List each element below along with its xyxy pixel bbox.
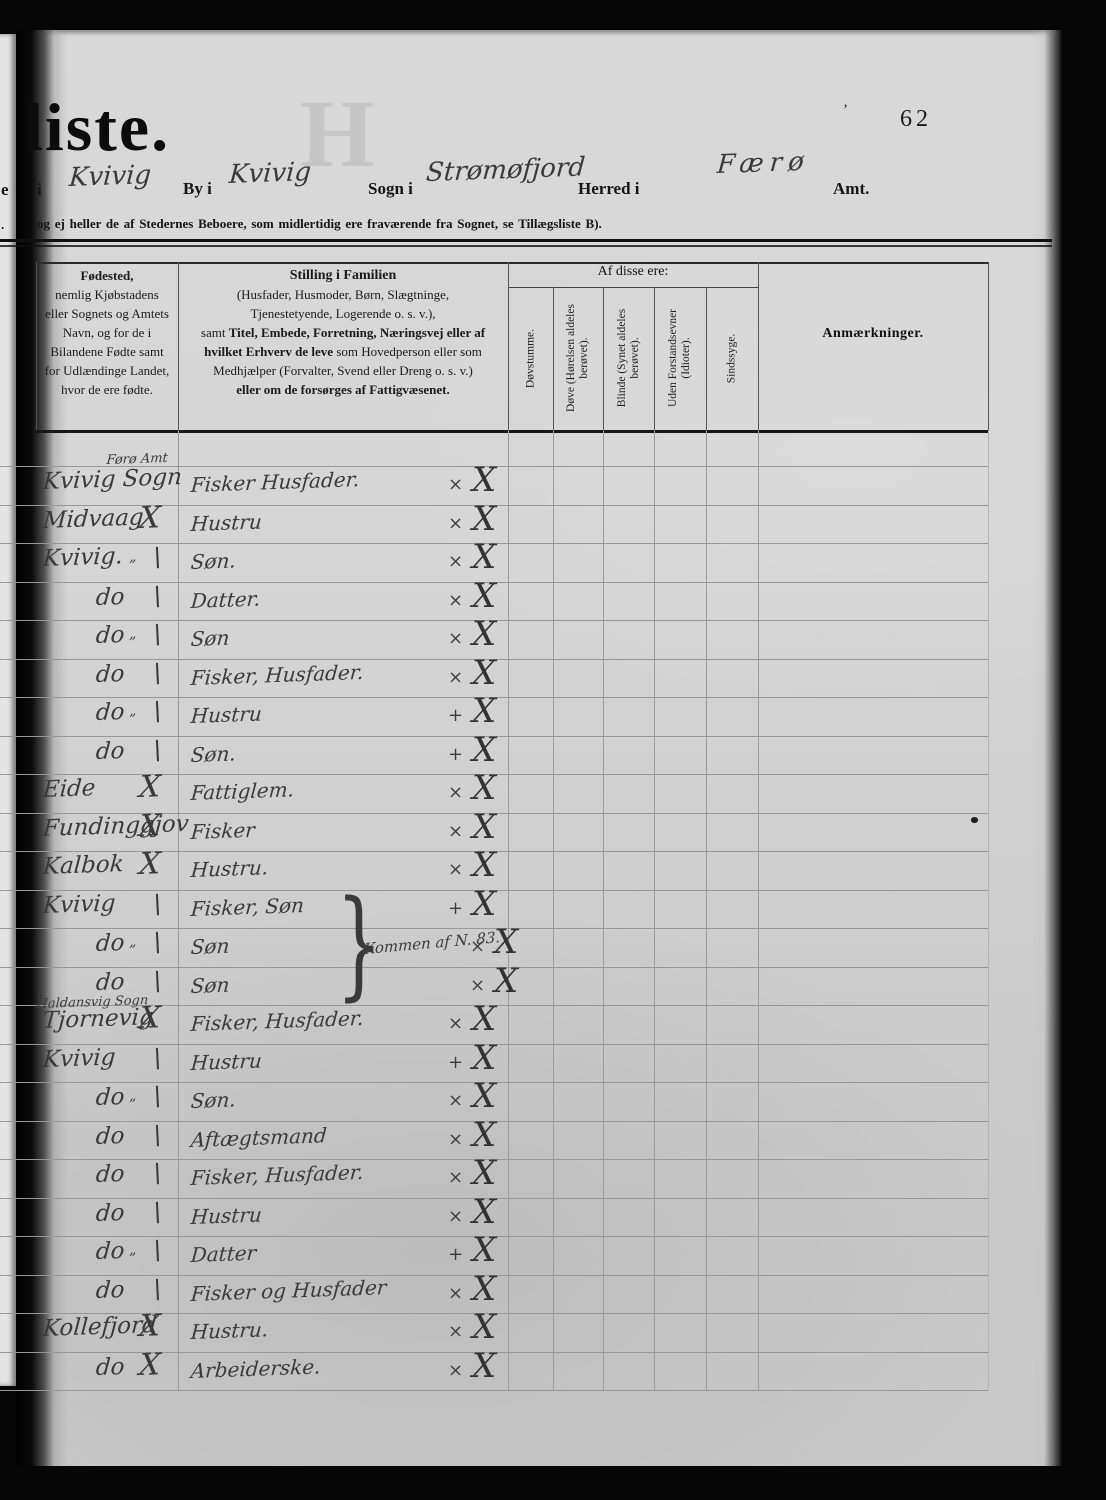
birthplace-column-header: Fødested, nemlig Kjøbstadenseller Sognet… [36, 266, 178, 399]
tally-mark-large: X [472, 619, 496, 649]
slash-separator: \ [152, 1082, 163, 1112]
ditto-mark: ” [128, 943, 136, 959]
slash-separator: \ [152, 620, 163, 650]
position-entry: Fisker [190, 817, 256, 843]
position-header-line: (Husfader, Husmoder, Børn, Slægtninge, [178, 285, 508, 304]
tally-mark-small: + [448, 744, 463, 765]
handwritten-village: Kvivig [68, 160, 152, 193]
crossmark-after-place: X [138, 500, 162, 536]
position-header-line: Tjenestetyende, Logerende o. s. v.), [178, 304, 508, 323]
status-label-line: berøvet). [578, 290, 591, 426]
position-header-line: samt Titel, Embede, Forretning, Næringsv… [178, 323, 508, 342]
label-herred-i: Herred i [578, 179, 640, 199]
scan-stage: liste. H 62 ’ e i Kvivig By i Kvivig Sog… [0, 0, 1106, 1500]
birthplace-header-line: nemlig Kjøbstadens [36, 285, 178, 304]
table-row: KollefjordXHustru.×X [0, 1313, 1000, 1352]
slash-separator: \ [152, 658, 163, 688]
label-by-i: By i [183, 179, 212, 199]
position-entry: Søn [190, 626, 230, 651]
tally-mark-large: X [472, 465, 496, 495]
tally-mark-large: X [472, 1235, 496, 1265]
header-column-line [706, 287, 707, 430]
tally-mark-large: X [472, 504, 496, 534]
position-entry: Datter [190, 1241, 257, 1267]
birthplace-entry: Fundinggjov [42, 810, 190, 841]
birthplace-header-lines: nemlig Kjøbstadenseller Sognets og Amtet… [36, 285, 178, 399]
tally-mark-small: × [448, 667, 463, 688]
table-row: EideXFattiglem.×X [0, 774, 1000, 813]
header-column-line [988, 262, 989, 430]
birthplace-entry: do [95, 1353, 125, 1380]
stray-tick-mark: ’ [843, 102, 848, 119]
status-column-label: Døve (Hørelsen aldelesberøvet). [565, 290, 591, 426]
status-column-label: Uden Forstandsevner(Idioter). [667, 290, 693, 426]
position-entry: Aftægtsmand [190, 1123, 328, 1152]
tally-mark-large: X [472, 696, 496, 726]
status-label-line: Døve (Hørelsen aldeles [565, 290, 578, 426]
tally-mark-small: × [448, 474, 463, 495]
tally-mark-large: X [472, 1274, 496, 1304]
birthplace-entry: do [95, 583, 125, 610]
crossmark-after-place: X [138, 808, 162, 844]
tally-mark-small: × [448, 782, 463, 803]
handwritten-parish: Kvivig [228, 157, 312, 190]
table-row: TjornevigHaldansvig SognXFisker, Husfade… [0, 1005, 1000, 1044]
header-column-line [508, 262, 509, 430]
header-column-line [36, 262, 37, 430]
tally-mark-small: × [448, 1283, 463, 1304]
tally-mark-large: X [472, 658, 496, 688]
birthplace-entry: do [95, 1122, 125, 1149]
status-column-label: Blinde (Synet aldelesberøvet). [616, 290, 642, 426]
position-entry: Fisker, Husfader. [190, 1160, 364, 1190]
tally-mark-large: X [472, 812, 496, 842]
tally-mark-small: + [448, 1244, 463, 1265]
tally-mark-small: × [448, 1321, 463, 1342]
tally-mark-small: + [448, 1052, 463, 1073]
crossmark-after-place: X [138, 1000, 162, 1036]
tally-mark-small: × [448, 1206, 463, 1227]
position-column-header: Stilling i Familien (Husfader, Husmoder,… [178, 266, 508, 399]
position-header-segment: (Husfader, Husmoder, Børn, Slægtninge, [237, 287, 449, 302]
position-entry: Fisker Husfader. [190, 467, 360, 497]
label-amt: Amt. [833, 179, 869, 199]
birthplace-header-line: for Udlændinge Landet, [36, 361, 178, 380]
position-header-line: Medhjælper (Forvalter, Svend eller Dreng… [178, 361, 508, 380]
position-header-segment: samt [201, 325, 229, 340]
crossmark-after-place: X [138, 1347, 162, 1383]
double-rule-bottom [0, 245, 1052, 247]
position-entry: Hustru. [190, 855, 269, 882]
tally-mark-small: × [448, 821, 463, 842]
tally-mark-small: + [448, 898, 463, 919]
position-header-segment: Medhjælper (Forvalter, Svend eller Dreng… [213, 363, 473, 378]
header-fragment-e: e [1, 180, 9, 200]
tally-mark-large: X [472, 1004, 496, 1034]
table-row: do\”Hustru+X [0, 697, 1000, 736]
tally-mark-small: + [448, 705, 463, 726]
position-header-line: hvilket Erhverv de leve som Hovedperson … [178, 342, 508, 361]
slash-separator: \ [152, 1236, 163, 1266]
tally-mark-large: X [472, 1197, 496, 1227]
birthplace-entry: do [95, 737, 125, 764]
form-title-fragment: liste. [24, 88, 170, 167]
tally-mark-large: X [472, 1043, 496, 1073]
tally-mark-large: X [472, 735, 496, 765]
birthplace-entry: Kalbok [42, 851, 125, 880]
position-entry: Søn. [190, 548, 237, 574]
slash-separator: \ [152, 1043, 163, 1073]
birthplace-entry: Kvivig Sogn [42, 464, 183, 495]
status-label-line: Døvstumme. [524, 290, 537, 426]
tally-mark-large: X [472, 889, 496, 919]
birthplace-entry: do [95, 1199, 125, 1226]
birthplace-entry: do [95, 622, 125, 649]
birthplace-header-line: eller Sognets og Amtets [36, 304, 178, 323]
tally-mark-small: × [448, 628, 463, 649]
header-column-line [178, 262, 179, 430]
instruction-note: og ej heller de af Stedernes Beboere, so… [37, 216, 602, 232]
tally-mark-large: X [472, 850, 496, 880]
position-header-line: eller om de forsørges af Fattigvæsenet. [178, 380, 508, 399]
position-entry: Søn. [190, 1087, 237, 1113]
birthplace-entry: Eide [42, 775, 96, 803]
tally-mark-small: × [448, 513, 463, 534]
position-entry: Hustru [190, 509, 263, 536]
tally-mark-large: X [472, 1312, 496, 1342]
slash-separator: \ [152, 889, 163, 919]
ditto-mark: ” [128, 1251, 136, 1267]
birthplace-header-line: hvor de ere fødte. [36, 380, 178, 399]
crossmark-after-place: X [138, 846, 162, 882]
slash-separator: \ [152, 1120, 163, 1150]
table-row: MidvaagXHustru×X [0, 505, 1000, 544]
slash-separator: \ [152, 1274, 163, 1304]
handwritten-herred: Strømøfjord [425, 152, 586, 188]
bleedthrough-watermark: H [300, 78, 375, 189]
position-entry: Søn [190, 934, 230, 959]
position-entry: Hustru [190, 701, 263, 728]
tally-mark-large: X [472, 1120, 496, 1150]
position-entry: Fisker og Husfader [190, 1275, 387, 1306]
position-entry: Fisker, Søn [190, 892, 305, 920]
tally-mark-large: X [472, 1081, 496, 1111]
position-entry: Fattiglem. [190, 777, 295, 805]
birthplace-entry: do [95, 930, 125, 957]
position-header-segment: som Hovedperson eller som [333, 344, 482, 359]
tally-mark-small: × [448, 590, 463, 611]
position-header-segment: hvilket Erhverv de leve [204, 344, 333, 359]
status-label-line: (Idioter). [680, 290, 693, 426]
birthplace-entry: do [95, 1238, 125, 1265]
position-entry: Arbeiderske. [190, 1354, 321, 1383]
slash-separator: \ [152, 1197, 163, 1227]
position-entry: Søn [190, 972, 230, 997]
position-entry: Hustru [190, 1048, 263, 1075]
birthplace-entry: do [95, 699, 125, 726]
birthplace-entry: do [95, 1276, 125, 1303]
status-label-line: Sindssyge. [726, 290, 739, 426]
table-row: do\”Søn×X [0, 620, 1000, 659]
tally-mark-large: X [472, 1351, 496, 1381]
table-row: doXArbeiderske.×X [0, 1352, 1000, 1391]
birthplace-header-line: Navn, og for de i [36, 323, 178, 342]
tally-mark-small: × [448, 1129, 463, 1150]
position-header-segment: Titel, Embede, Forretning, Næringsvej el… [229, 325, 485, 340]
ditto-mark: ” [128, 635, 136, 651]
birthplace-entry: Kvivig. [42, 543, 124, 572]
tally-mark-small: × [470, 975, 485, 996]
header-column-line [553, 287, 554, 430]
slash-separator: \ [152, 543, 163, 573]
crossmark-after-place: X [138, 769, 162, 805]
slash-separator: \ [152, 1159, 163, 1189]
birthplace-entry: Kvivig [42, 1044, 116, 1073]
crossmark-after-place: X [138, 1308, 162, 1344]
tally-mark-large: X [472, 773, 496, 803]
status-column-label: Sindssyge. [726, 290, 739, 426]
tally-mark-large: X [472, 1158, 496, 1188]
ditto-mark: ” [128, 1097, 136, 1113]
ditto-mark: ” [128, 712, 136, 728]
table-row: do\Hustru×X [0, 1198, 1000, 1237]
birthplace-header-line: Bilandene Fødte samt [36, 342, 178, 361]
tally-mark-small: × [448, 551, 463, 572]
table-row: Kvivig\Hustru+X [0, 1044, 1000, 1083]
tally-mark-small: × [448, 1360, 463, 1381]
header-fragment-i: i [37, 180, 42, 200]
status-group-underline [508, 287, 758, 288]
status-group-header: Af disse ere: [508, 264, 758, 280]
tally-mark-small: × [448, 1013, 463, 1034]
birthplace-entry: do [95, 968, 125, 995]
slash-separator: \ [152, 581, 163, 611]
position-entry: Hustru [190, 1202, 263, 1229]
table-row: do\Datter.×X [0, 582, 1000, 621]
tally-mark-small: × [448, 859, 463, 880]
birthplace-superscript: Førø Amt [106, 451, 168, 468]
ink-dot-artifact [971, 817, 978, 823]
position-header-segment: Tjenestetyende, Logerende o. s. v.), [250, 306, 435, 321]
tally-mark-small: × [448, 1090, 463, 1111]
birthplace-header-title: Fødested, [36, 266, 178, 285]
table-row: Kvivig.\”Søn.×X [0, 543, 1000, 582]
table-row: do\Fisker, Husfader.×X [0, 1159, 1000, 1198]
status-label-line: berøvet). [629, 290, 642, 426]
slash-separator: \ [152, 735, 163, 765]
table-row: do\”Søn.×X [0, 1082, 1000, 1121]
birthplace-entry: Kvivig [42, 890, 116, 919]
position-header-title: Stilling i Familien [178, 266, 508, 285]
page-number: 62 [900, 106, 932, 133]
table-row: Kvivig SognFørø AmtFisker Husfader.×X [0, 466, 1000, 505]
header-column-line [603, 287, 604, 430]
status-label-line: Blinde (Synet aldeles [616, 290, 629, 426]
position-header-lines: (Husfader, Husmoder, Børn, Slægtninge,Tj… [178, 285, 508, 399]
birthplace-entry: Midvaag [42, 504, 145, 534]
table-row: do\Aftægtsmand×X [0, 1121, 1000, 1160]
slash-separator: \ [152, 697, 163, 727]
birthplace-entry: do [95, 1084, 125, 1111]
slash-separator: \ [152, 966, 163, 996]
remarks-column-header: Anmærkninger. [758, 326, 988, 342]
birthplace-entry: do [95, 1161, 125, 1188]
ditto-mark: ” [128, 558, 136, 574]
header-column-line [654, 287, 655, 430]
handwritten-amt: Færø [716, 147, 811, 180]
tally-mark-large: X [472, 542, 496, 572]
tally-mark-small: × [448, 1167, 463, 1188]
tally-mark-large: X [472, 581, 496, 611]
position-entry: Datter. [190, 586, 261, 613]
birthplace-entry: do [95, 660, 125, 687]
position-entry: Hustru. [190, 1317, 269, 1344]
label-sogn-i: Sogn i [368, 179, 413, 199]
table-row: do\”Datter+X [0, 1236, 1000, 1275]
double-rule-top [0, 239, 1052, 242]
table-row: do\Fisker, Husfader.×X [0, 659, 1000, 698]
status-column-label: Døvstumme. [524, 290, 537, 426]
header-column-line [758, 262, 759, 430]
status-label-line: Uden Forstandsevner [667, 290, 680, 426]
slash-separator: \ [152, 928, 163, 958]
position-entry: Fisker, Husfader. [190, 659, 364, 689]
table-row: KalbokXHustru.×X [0, 851, 1000, 890]
note-fragment: . [1, 217, 4, 233]
position-header-segment: eller om de forsørges af Fattigvæsenet. [236, 382, 449, 397]
tally-mark-large: X [494, 966, 518, 996]
position-entry: Søn. [190, 741, 237, 767]
